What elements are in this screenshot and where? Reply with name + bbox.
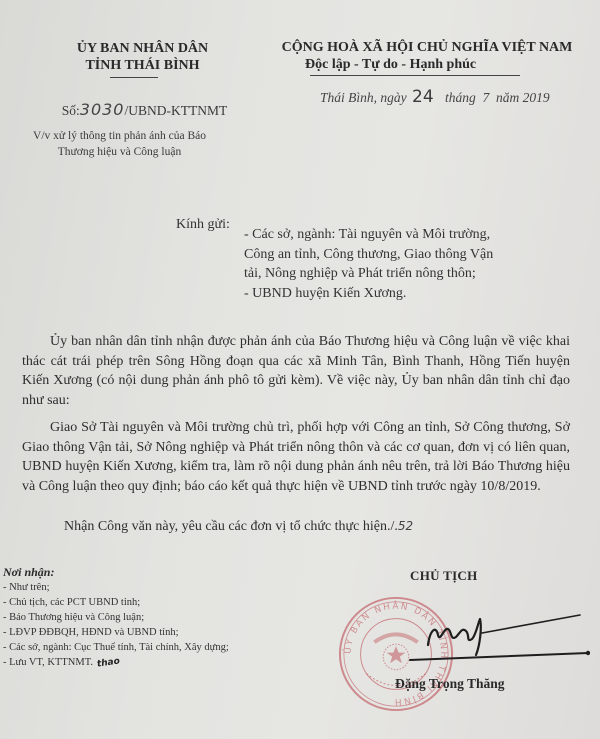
body-paragraph-3: Nhận Công văn này, yêu cầu các đơn vị tổ… <box>22 517 570 537</box>
distribution-list: - Như trên; - Chủ tịch, các PCT UBND tỉn… <box>3 580 303 671</box>
doc-number-prefix: Số: <box>62 103 80 118</box>
body-paragraph-1: Ủy ban nhân dân tỉnh nhận được phản ánh … <box>22 332 570 410</box>
date-day-handwritten: 24 <box>412 87 434 107</box>
distribution-item: - Lưu VT, KTTNMT.thao <box>3 655 303 671</box>
closing-sentence: Nhận Công văn này, yêu cầu các đơn vị tổ… <box>64 519 398 534</box>
document-number: Số:3030/UBND-KTTNMT <box>22 100 267 119</box>
issuing-agency: ỦY BAN NHÂN DÂN TỈNH THÁI BÌNH <box>20 40 265 74</box>
doc-number-suffix: /UBND-KTTNMT <box>124 103 227 118</box>
document-page: ỦY BAN NHÂN DÂN TỈNH THÁI BÌNH Số:3030/U… <box>0 0 600 739</box>
motto-underline <box>310 75 520 76</box>
body-paragraph-2: Giao Sở Tài nguyên và Môi trường chủ trì… <box>22 418 570 496</box>
distribution-item: - LĐVP ĐĐBQH, HĐND và UBND tỉnh; <box>3 625 303 640</box>
document-subject: V/v xử lý thông tin phản ánh của Báo Thư… <box>12 128 227 160</box>
national-title: CỘNG HOÀ XÃ HỘI CHỦ NGHĨA VIỆT NAM <box>262 40 592 56</box>
agency-line-2: TỈNH THÁI BÌNH <box>20 57 265 74</box>
archive-line: - Lưu VT, KTTNMT. <box>3 657 93 668</box>
national-motto: Độc lập - Tự do - Hạnh phúc <box>305 57 476 73</box>
agency-line-1: ỦY BAN NHÂN DÂN <box>20 40 265 57</box>
agency-underline <box>110 77 158 78</box>
distribution-item: - Các sở, ngành: Cục Thuế tỉnh, Tài chín… <box>3 640 303 655</box>
signer-title: CHỦ TỊCH <box>410 568 478 584</box>
distribution-label: Nơi nhận: <box>3 565 54 580</box>
signer-name: Đặng Trọng Thăng <box>395 676 505 692</box>
addressee-line: - Các sở, ngành: Tài nguyên và Môi trườn… <box>244 225 594 245</box>
archive-initials: thao <box>96 654 121 672</box>
addressee-label: Kính gửi: <box>176 217 230 233</box>
doc-number-handwritten: 3030 <box>80 100 125 119</box>
subject-line-2: Thương hiệu và Công luận <box>12 144 227 160</box>
addressee-line: - UBND huyện Kiến Xương. <box>244 284 594 304</box>
subject-line-1: V/v xử lý thông tin phản ánh của Báo <box>12 128 227 144</box>
addressee-line: tải, Nông nghiệp và Phát triển nông thôn… <box>244 264 594 284</box>
distribution-item: - Báo Thương hiệu và Công luận; <box>3 610 303 625</box>
handwritten-mark: 52 <box>398 519 413 533</box>
distribution-item: - Như trên; <box>3 580 303 595</box>
date-place: Thái Bình, ngày <box>320 90 407 105</box>
distribution-item: - Chủ tịch, các PCT UBND tỉnh; <box>3 595 303 610</box>
place-and-date: Thái Bình, ngày 24 tháng 7 năm 2019 <box>320 87 550 107</box>
signature-icon <box>400 605 590 665</box>
addressee-line: Công an tỉnh, Công thương, Giao thông Vậ… <box>244 245 594 265</box>
date-month-year: tháng 7 năm 2019 <box>445 90 550 105</box>
addressee-list: - Các sở, ngành: Tài nguyên và Môi trườn… <box>244 225 594 303</box>
